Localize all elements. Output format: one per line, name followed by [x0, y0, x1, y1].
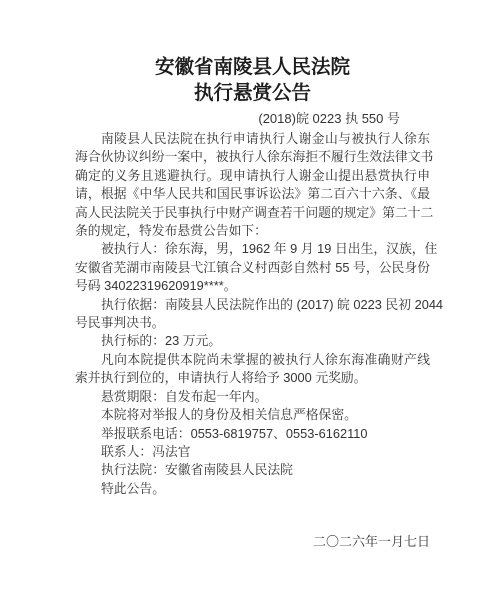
- case-number: (2018)皖 0223 执 550 号: [75, 109, 430, 128]
- document-line: 执行法院：安徽省南陵县人民法院: [75, 461, 430, 479]
- document-line: 凡向本院提供本院尚未掌握的被执行人徐东海准确财产线: [75, 351, 430, 369]
- document-line: 请，根据《中华人民共和国民事诉讼法》第二百六十六条、《最: [75, 185, 430, 203]
- document-line: 被执行人：徐东海，男，1962 年 9 月 19 日出生，汉族，住: [75, 240, 430, 258]
- announcement-document: 安徽省南陵县人民法院 执行悬赏公告 (2018)皖 0223 执 550 号 南…: [0, 0, 500, 594]
- document-line: 号码 34022319620919****。: [75, 277, 430, 295]
- document-line: 高人民法院关于民事执行中财产调查若干问题的规定》第二十二: [75, 204, 430, 222]
- document-line: 悬赏期限：自发布起一年内。: [75, 388, 430, 406]
- document-body: 南陵县人民法院在执行申请执行人谢金山与被执行人徐东海合伙协议纠纷一案中，被执行人…: [75, 130, 430, 498]
- document-line: 确定的义务且逃避执行。现申请执行人谢金山提出悬赏执行申: [75, 167, 430, 185]
- document-line: 本院将对举报人的身份及相关信息严格保密。: [75, 406, 430, 424]
- document-line: 执行依据：南陵县人民法院作出的 (2017) 皖 0223 民初 2044: [75, 296, 430, 314]
- document-line: 联系人：冯法官: [75, 443, 430, 461]
- document-line: 号民事判决书。: [75, 314, 430, 332]
- document-line: 南陵县人民法院在执行申请执行人谢金山与被执行人徐东: [75, 130, 430, 148]
- document-line: 海合伙协议纠纷一案中，被执行人徐东海拒不履行生效法律文书: [75, 148, 430, 166]
- court-name-title: 安徽省南陵县人民法院: [75, 54, 430, 80]
- document-line: 索并执行到位的，申请执行人将给予 3000 元奖励。: [75, 369, 430, 387]
- document-line: 执行标的：23 万元。: [75, 332, 430, 350]
- issue-date: 二〇二六年一月七日: [75, 532, 430, 551]
- document-line: 安徽省芜湖市南陵县弋江镇合义村西彭自然村 55 号，公民身份: [75, 259, 430, 277]
- document-line: 条的规定，特发布悬赏公告如下：: [75, 222, 430, 240]
- announcement-title: 执行悬赏公告: [75, 80, 430, 106]
- document-line: 特此公告。: [75, 480, 430, 498]
- document-line: 举报联系电话：0553-6819757、0553-6162110: [75, 425, 430, 443]
